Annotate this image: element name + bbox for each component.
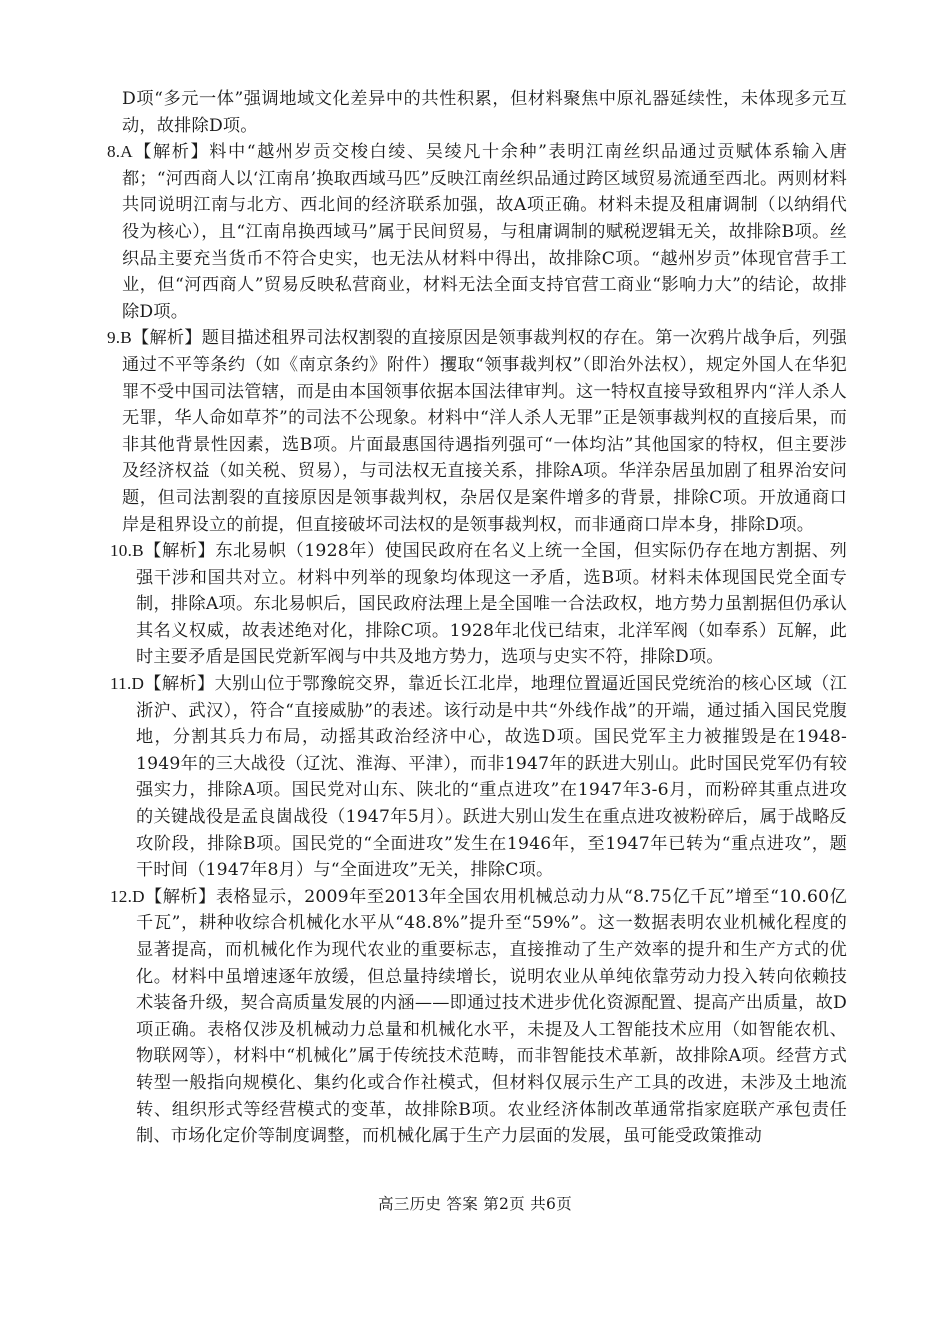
item-number: 9. [107, 328, 120, 347]
previous-item-continuation: D项“多元一体”强调地域文化差异中的共性积累，但材料聚焦中原礼器延续性，未体现多… [107, 86, 847, 139]
analysis-tag: 【解析】 [132, 328, 202, 348]
answer-item-10: 10.B【解析】东北易帜（1928年）使国民政府在名义上统一全国，但实际仍存在地… [107, 538, 847, 671]
analysis-text: 大别山位于鄂豫皖交界，靠近长江北岸，地理位置逼近国民党统治的核心区域（江浙沪、武… [136, 674, 847, 880]
analysis-tag: 【解析】 [144, 674, 214, 694]
item-answer: D [131, 674, 144, 693]
item-number: 8. [107, 142, 120, 161]
document-page: D项“多元一体”强调地域文化差异中的共性积累，但材料聚焦中原礼器延续性，未体现多… [0, 0, 950, 1344]
analysis-text: 料中“越州岁贡交梭白绫、吴绫凡十余种”表明江南丝织品通过贡赋体系输入唐都；“河西… [122, 142, 847, 322]
item-answer: B [132, 541, 144, 560]
item-number: 10. [110, 541, 132, 560]
item-number: 11. [110, 674, 131, 693]
answer-item-8: 8.A【解析】料中“越州岁贡交梭白绫、吴绫凡十余种”表明江南丝织品通过贡赋体系输… [107, 139, 847, 325]
item-answer: B [120, 328, 132, 347]
analysis-text: 题目描述租界司法权割裂的直接原因是领事裁判权的存在。第一次鸦片战争后，列强通过不… [122, 328, 847, 534]
item-answer: A [120, 142, 133, 161]
answer-item-9: 9.B【解析】题目描述租界司法权割裂的直接原因是领事裁判权的存在。第一次鸦片战争… [107, 325, 847, 538]
answer-key-body: D项“多元一体”强调地域文化差异中的共性积累，但材料聚焦中原礼器延续性，未体现多… [107, 86, 847, 1150]
answer-item-11: 11.D【解析】大别山位于鄂豫皖交界，靠近长江北岸，地理位置逼近国民党统治的核心… [107, 671, 847, 884]
item-answer: D [132, 887, 145, 906]
page-footer: 高三历史 答案 第2页 共6页 [0, 1192, 950, 1214]
analysis-tag: 【解析】 [145, 887, 216, 907]
continuation-text: D项“多元一体”强调地域文化差异中的共性积累，但材料聚焦中原礼器延续性，未体现多… [122, 89, 847, 136]
item-number: 12. [110, 887, 132, 906]
answer-item-12: 12.D【解析】表格显示，2009年至2013年全国农用机械总动力从“8.75亿… [107, 884, 847, 1150]
analysis-tag: 【解析】 [144, 541, 216, 561]
analysis-text: 表格显示，2009年至2013年全国农用机械总动力从“8.75亿千瓦”增至“10… [136, 887, 847, 1146]
analysis-text: 东北易帜（1928年）使国民政府在名义上统一全国，但实际仍存在地方割据、列强干涉… [136, 541, 847, 667]
analysis-tag: 【解析】 [133, 142, 209, 162]
